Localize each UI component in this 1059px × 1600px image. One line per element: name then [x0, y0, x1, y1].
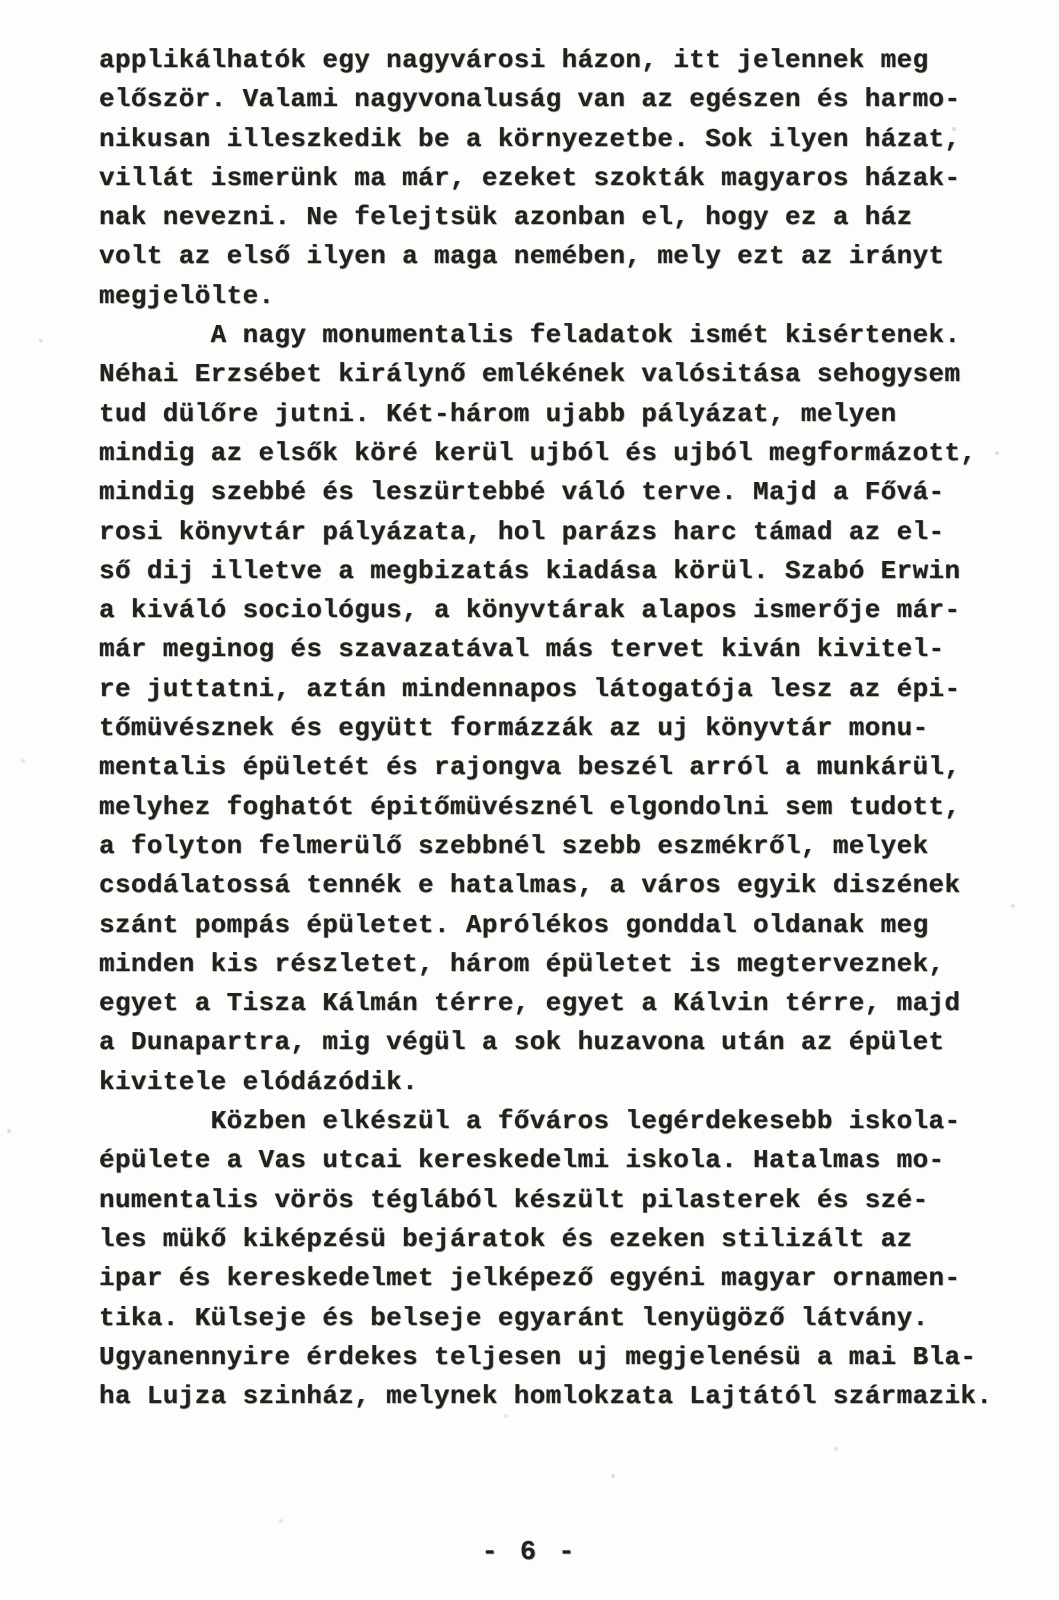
text-line: épülete a Vas utcai kereskedelmi iskola.… — [99, 1141, 992, 1180]
text-line: mentalis épületét és rajongva beszél arr… — [99, 748, 992, 787]
text-line: csodálatossá tennék e hatalmas, a város … — [99, 866, 992, 905]
text-line: ipar és kereskedelmet jelképező egyéni m… — [99, 1259, 992, 1298]
text-line: nak nevezni. Ne felejtsük azonban el, ho… — [99, 198, 992, 237]
text-line: már meginog és szavazatával más tervet k… — [99, 630, 992, 669]
text-line: volt az első ilyen a maga nemében, mely … — [99, 237, 992, 276]
page-number: - 6 - — [0, 1538, 1059, 1568]
text-line: a folyton felmerülő szebbnél szebb eszmé… — [99, 827, 992, 866]
scan-noise-specks — [0, 0, 2, 2]
text-line: mindig szebbé és leszürtebbé váló terve.… — [99, 473, 992, 512]
text-line: a Dunapartra, mig végül a sok huzavona u… — [99, 1023, 992, 1062]
text-line: nikusan illeszkedik be a környezetbe. So… — [99, 120, 992, 159]
text-line: Ugyanennyire érdekes teljesen uj megjele… — [99, 1338, 992, 1377]
scanned-document-page: applikálhatók egy nagyvárosi házon, itt … — [0, 0, 1059, 1600]
text-line: ha Lujza szinház, melynek homlokzata Laj… — [99, 1377, 992, 1416]
text-line: Néhai Erzsébet királynő emlékének valósi… — [99, 355, 992, 394]
text-line: kivitele elódázódik. — [99, 1063, 992, 1102]
text-line: melyhez foghatót épitőmüvésznél elgondol… — [99, 788, 992, 827]
text-line paragraph-start: Közben elkészül a főváros legérdekesebb … — [99, 1102, 992, 1141]
text-line: a kiváló sociológus, a könyvtárak alapos… — [99, 591, 992, 630]
text-line: szánt pompás épületet. Aprólékos gonddal… — [99, 906, 992, 945]
text-line: rosi könyvtár pályázata, hol parázs harc… — [99, 513, 992, 552]
text-line: mindig az elsők köré kerül ujból és ujbó… — [99, 434, 992, 473]
text-line: villát ismerünk ma már, ezeket szokták m… — [99, 159, 992, 198]
text-line: megjelölte. — [99, 277, 992, 316]
text-line: tőmüvésznek és együtt formázzák az uj kö… — [99, 709, 992, 748]
text-line: tud dülőre jutni. Két-három ujabb pályáz… — [99, 395, 992, 434]
text-line: tika. Külseje és belseje egyaránt lenyüg… — [99, 1299, 992, 1338]
text-line: ső dij illetve a megbizatás kiadása körü… — [99, 552, 992, 591]
text-line: először. Valami nagyvonaluság van az egé… — [99, 80, 992, 119]
text-line paragraph-start: A nagy monumentalis feladatok ismét kisé… — [99, 316, 992, 355]
text-line: re juttatni, aztán mindennapos látogatój… — [99, 670, 992, 709]
text-line: numentalis vörös téglából készült pilast… — [99, 1181, 992, 1220]
text-line: minden kis részletet, három épületet is … — [99, 945, 992, 984]
document-text-block: applikálhatók egy nagyvárosi házon, itt … — [99, 41, 992, 1416]
text-line: egyet a Tisza Kálmán térre, egyet a Kálv… — [99, 984, 992, 1023]
text-line: applikálhatók egy nagyvárosi házon, itt … — [99, 41, 992, 80]
text-line: les mükő kiképzésü bejáratok és ezeken s… — [99, 1220, 992, 1259]
